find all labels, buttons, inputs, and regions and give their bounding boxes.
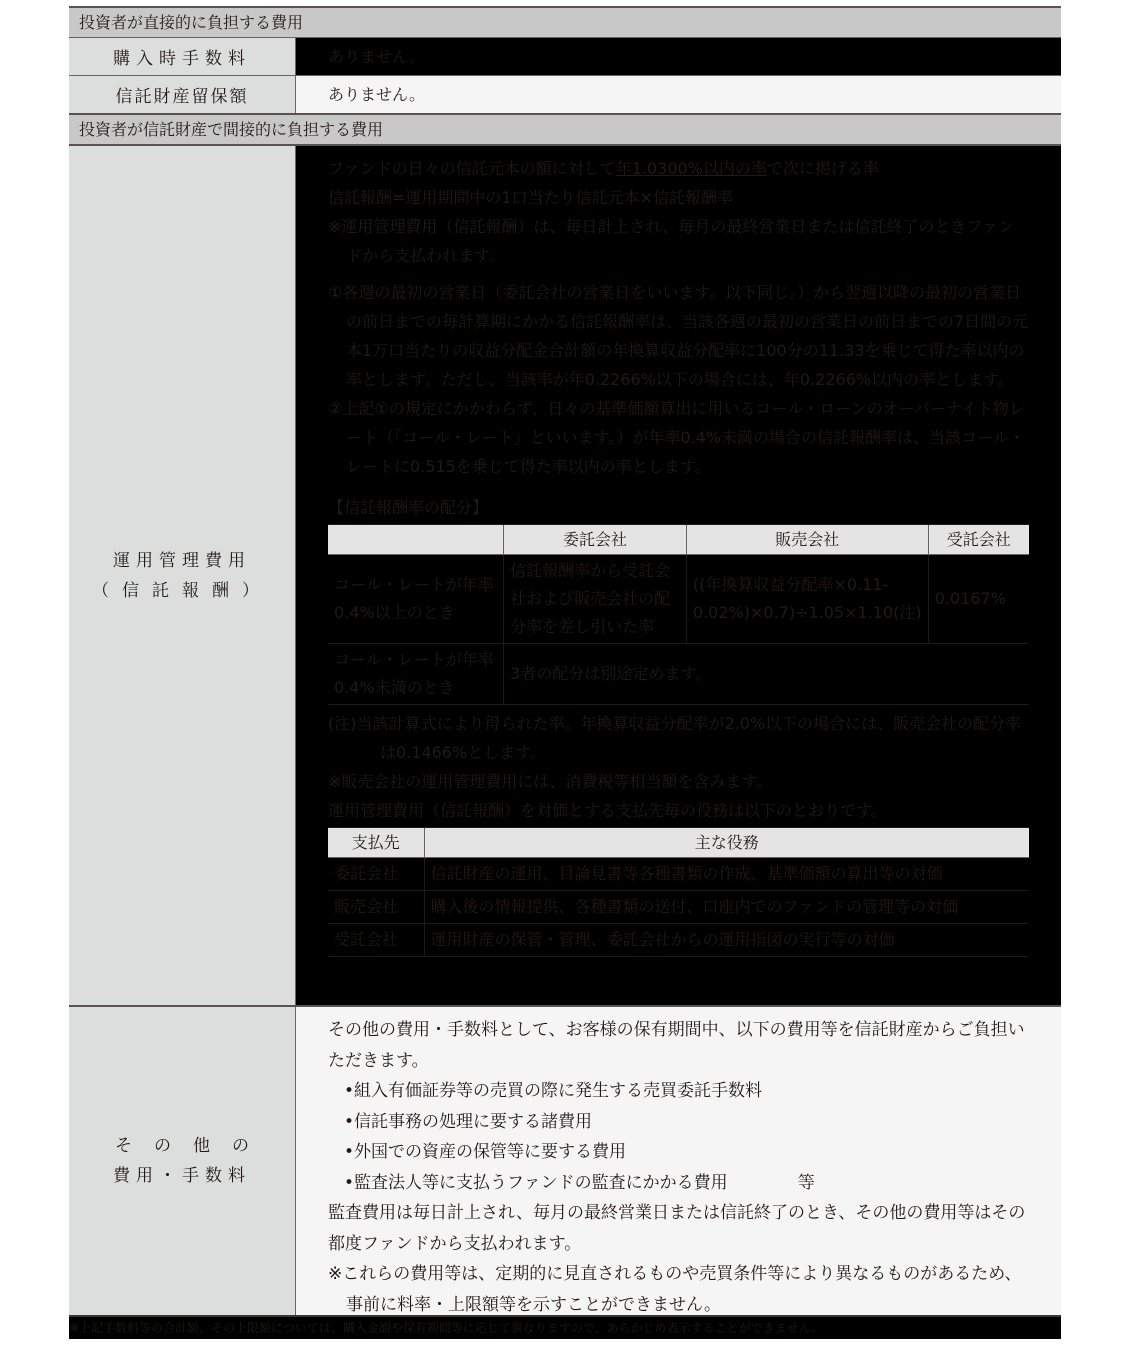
table-row: 受託会社 運用財産の保管・管理、委託会社からの運用指図の実行等の対価 bbox=[328, 924, 1029, 957]
section-title: 投資者が直接的に負担する費用 bbox=[79, 8, 303, 37]
allocation-title: 【信託報酬率の配分】 bbox=[328, 493, 1029, 522]
row-value: ありません。 bbox=[296, 76, 1061, 113]
payment-note: ※運用管理費用（信託報酬）は、毎日計上され、毎月の最終営業日または信託終了のとき… bbox=[328, 212, 1029, 270]
table-row: 委託会社 信託財産の運用、目論見書等各種書類の作成、基準価額の算出等の対価 bbox=[328, 858, 1029, 891]
roles-intro: 運用管理費用（信託報酬）を対価とする支払先毎の役務は以下のとおりです。 bbox=[328, 796, 1029, 825]
section-title: 投資者が信託財産で間接的に負担する費用 bbox=[79, 115, 383, 144]
header-cell: 販売会社 bbox=[686, 525, 928, 555]
condition-cell: コール・レートが年率0.4%以上のとき bbox=[328, 555, 504, 644]
label-line: 費用・手数料 bbox=[93, 1161, 271, 1191]
label-line: 運用管理費用 bbox=[92, 546, 272, 576]
other-fees-content: その他の費用・手数料として、お客様の保有期間中、以下の費用等を信託財産からご負担… bbox=[296, 1007, 1061, 1315]
table-row: コール・レートが年率0.4%以上のとき 信託報酬率から受託会社および販売会社の配… bbox=[328, 555, 1029, 644]
row-label: 信託財産留保額 bbox=[69, 76, 296, 113]
row-label: 運用管理費用 （信託報酬） bbox=[69, 146, 296, 1005]
other-intro: その他の費用・手数料として、お客様の保有期間中、以下の費用等を信託財産からご負担… bbox=[328, 1015, 1029, 1076]
tax-note: ※販売会社の運用管理費用には、消費税等相当額を含みます。 bbox=[328, 767, 1029, 796]
row-value: ありません。 bbox=[296, 38, 1061, 75]
formula-text: 信託報酬=運用期間中の1口当たり信託元本×信託報酬率 bbox=[328, 183, 1029, 212]
row-purchase-fee: 購入時手数料 ありません。 bbox=[69, 37, 1061, 75]
label-line: （信託報酬） bbox=[92, 576, 272, 606]
header-cell bbox=[328, 525, 504, 555]
row-trust-retention: 信託財産留保額 ありません。 bbox=[69, 75, 1061, 113]
merged-cell: 3者の配分は別途定めます。 bbox=[504, 644, 1029, 705]
service-cell: 信託財産の運用、目論見書等各種書類の作成、基準価額の算出等の対価 bbox=[424, 858, 1029, 891]
intro-text: ファンドの日々の信託元本の額に対して年1.0300%以内の率で次に掲げる率 bbox=[328, 154, 1029, 183]
row-management-fee: 運用管理費用 （信託報酬） ファンドの日々の信託元本の額に対して年1.0300%… bbox=[69, 144, 1061, 1005]
row-label: その他の 費用・手数料 bbox=[69, 1007, 296, 1315]
roles-table: 支払先 主な役務 委託会社 信託財産の運用、目論見書等各種書類の作成、基準価額の… bbox=[328, 827, 1029, 957]
bullet-item: •監査法人等に支払うファンドの監査にかかる費用等 bbox=[328, 1168, 1029, 1199]
payee-cell: 販売会社 bbox=[328, 891, 424, 924]
bullet-item: •外国での資産の保管等に要する費用 bbox=[328, 1137, 1029, 1168]
timing-text: 監査費用は毎日計上され、毎月の最終営業日または信託終了のとき、その他の費用等はそ… bbox=[328, 1198, 1029, 1259]
table-header-row: 支払先 主な役務 bbox=[328, 828, 1029, 858]
bullets-suffix: 等 bbox=[798, 1173, 815, 1193]
header-cell: 支払先 bbox=[328, 828, 424, 858]
header-cell: 受託会社 bbox=[928, 525, 1029, 555]
header-cell: 委託会社 bbox=[504, 525, 687, 555]
rule-1: ①各週の最初の営業日（委託会社の営業日をいいます。以下同じ。）から翌週以降の最初… bbox=[328, 278, 1029, 394]
formula-note: (注)当該計算式により得られた率。年換算収益分配率が2.0%以下の場合には、販売… bbox=[328, 709, 1029, 767]
section-header-direct: 投資者が直接的に負担する費用 bbox=[69, 6, 1061, 37]
rule-2: ②上記①の規定にかかわらず、日々の基準価額算出に用いるコール・ローンのオーバーナ… bbox=[328, 394, 1029, 481]
payee-cell: 委託会社 bbox=[328, 858, 424, 891]
row-label: 購入時手数料 bbox=[69, 38, 296, 75]
max-rate: 年1.0300%以内の率 bbox=[616, 159, 767, 178]
service-cell: 運用財産の保管・管理、委託会社からの運用指図の実行等の対価 bbox=[424, 924, 1029, 957]
allocation-table: 委託会社 販売会社 受託会社 コール・レートが年率0.4%以上のとき 信託報酬率… bbox=[328, 524, 1029, 705]
label-line: その他の bbox=[93, 1131, 271, 1161]
table-row: 販売会社 購入後の情報提供、各種書類の送付、口座内でのファンドの管理等の対価 bbox=[328, 891, 1029, 924]
payee-cell: 受託会社 bbox=[328, 924, 424, 957]
bullet-item: •信託事務の処理に要する諸費用 bbox=[328, 1107, 1029, 1138]
condition-cell: コール・レートが年率0.4%未満のとき bbox=[328, 644, 504, 705]
table-row: コール・レートが年率0.4%未満のとき 3者の配分は別途定めます。 bbox=[328, 644, 1029, 705]
bullet-item: •組入有価証券等の売買の際に発生する売買委託手数料 bbox=[328, 1076, 1029, 1107]
table-header-row: 委託会社 販売会社 受託会社 bbox=[328, 525, 1029, 555]
itaku-cell: 信託報酬率から受託会社および販売会社の配分率を差し引いた率 bbox=[504, 555, 687, 644]
header-cell: 主な役務 bbox=[424, 828, 1029, 858]
hanbai-cell: ((年換算収益分配率×0.11-0.02%)×0.7)÷1.05×1.10(注) bbox=[686, 555, 928, 644]
management-fee-content: ファンドの日々の信託元本の額に対して年1.0300%以内の率で次に掲げる率 信託… bbox=[296, 146, 1061, 1005]
fee-table: 投資者が直接的に負担する費用 購入時手数料 ありません。 信託財産留保額 ありま… bbox=[69, 6, 1061, 1339]
section-header-indirect: 投資者が信託財産で間接的に負担する費用 bbox=[69, 113, 1061, 144]
service-cell: 購入後の情報提供、各種書類の送付、口座内でのファンドの管理等の対価 bbox=[424, 891, 1029, 924]
row-other-fees: その他の 費用・手数料 その他の費用・手数料として、お客様の保有期間中、以下の費… bbox=[69, 1005, 1061, 1315]
disclaimer-text: ※これらの費用等は、定期的に見直されるものや売買条件等により異なるものがあるため… bbox=[328, 1259, 1029, 1320]
jutaku-cell: 0.0167% bbox=[928, 555, 1029, 644]
